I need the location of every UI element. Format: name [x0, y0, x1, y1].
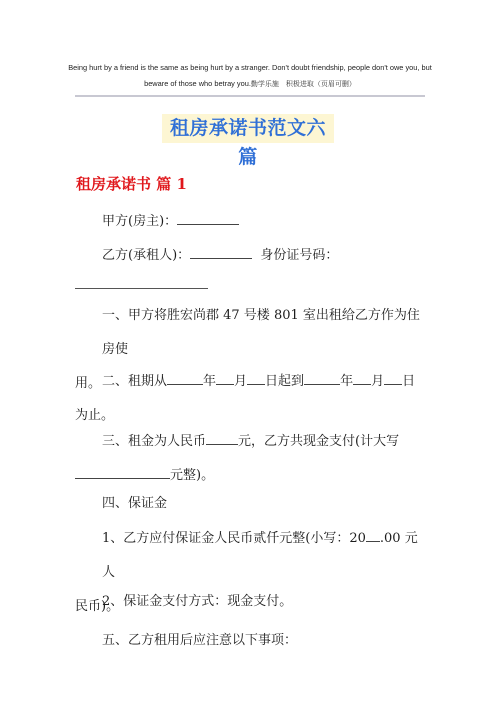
header-quote-line1: Being hurt by a friend is the same as be…: [60, 60, 440, 76]
party-b-blank: [190, 246, 252, 259]
header-quote-en: beware of those who betray you.: [144, 79, 251, 88]
clause-4-1-prefix: 1、乙方应付保证金人民币贰仟元整(小写：20: [102, 531, 366, 546]
clause-3-prefix: 三、租金为人民币: [102, 434, 206, 449]
clause-2: 二、租期从年月日起到年月日 为止。: [75, 365, 425, 433]
clause-3: 三、租金为人民币元，乙方共现金支付(计大写 元整)。: [75, 425, 425, 493]
party-a-label: 甲方(房主)：: [102, 214, 177, 229]
end-month-blank: [353, 372, 371, 385]
year-label: 年: [203, 374, 216, 389]
party-b-label: 乙方(承租人)：: [102, 248, 190, 263]
deposit-digit-blank: [366, 529, 380, 542]
rent-amount-blank: [206, 432, 238, 445]
section-title: 租房承诺书 篇 1: [76, 173, 187, 195]
page-header: Being hurt by a friend is the same as be…: [60, 60, 440, 92]
day-label: 日: [402, 374, 415, 389]
clause-1-line1: 一、甲方将胜宏尚郡 47 号楼 801 室出租给乙方作为住房使: [75, 299, 425, 367]
start-day-blank: [247, 372, 265, 385]
header-quote-line2: beware of those who betray you.勤学乐施 积极进取…: [60, 76, 440, 92]
clause-3-suffix: 元整)。: [170, 468, 214, 483]
month-label: 月: [371, 374, 384, 389]
clause-3-mid: 元，乙方共现金支付(计大写: [238, 434, 399, 449]
month-label: 月: [234, 374, 247, 389]
clause-4-1-line1: 1、乙方应付保证金人民币贰仟元整(小写：20.00 元人: [75, 522, 425, 590]
clause-5-title: 五、乙方租用后应注意以下事项：: [75, 624, 452, 658]
clause-2-line1: 二、租期从年月日起到年月日: [75, 365, 425, 399]
party-b-line: 乙方(承租人)： 身份证号码：: [75, 239, 452, 273]
clause-2-prefix: 二、租期从: [102, 374, 167, 389]
header-motto: 勤学乐施 积极进取（页眉可删）: [251, 80, 356, 88]
document-title: 租房承诺书范文六篇: [162, 114, 334, 143]
start-year-blank: [167, 372, 203, 385]
party-a-blank: [177, 212, 239, 225]
party-a-line: 甲方(房主)：: [75, 205, 452, 239]
id-number-blank: [75, 288, 208, 289]
year-label: 年: [340, 374, 353, 389]
clause-4-2: 2、保证金支付方式：现金支付。: [75, 585, 452, 619]
end-year-blank: [304, 372, 340, 385]
clause-4-title: 四、保证金: [75, 487, 452, 521]
day-from-label: 日起到: [265, 374, 304, 389]
rent-capital-blank: [75, 466, 170, 479]
header-divider: [75, 95, 425, 97]
start-month-blank: [216, 372, 234, 385]
clause-3-line1: 三、租金为人民币元，乙方共现金支付(计大写: [75, 425, 425, 459]
end-day-blank: [384, 372, 402, 385]
id-number-label: 身份证号码：: [260, 248, 338, 263]
